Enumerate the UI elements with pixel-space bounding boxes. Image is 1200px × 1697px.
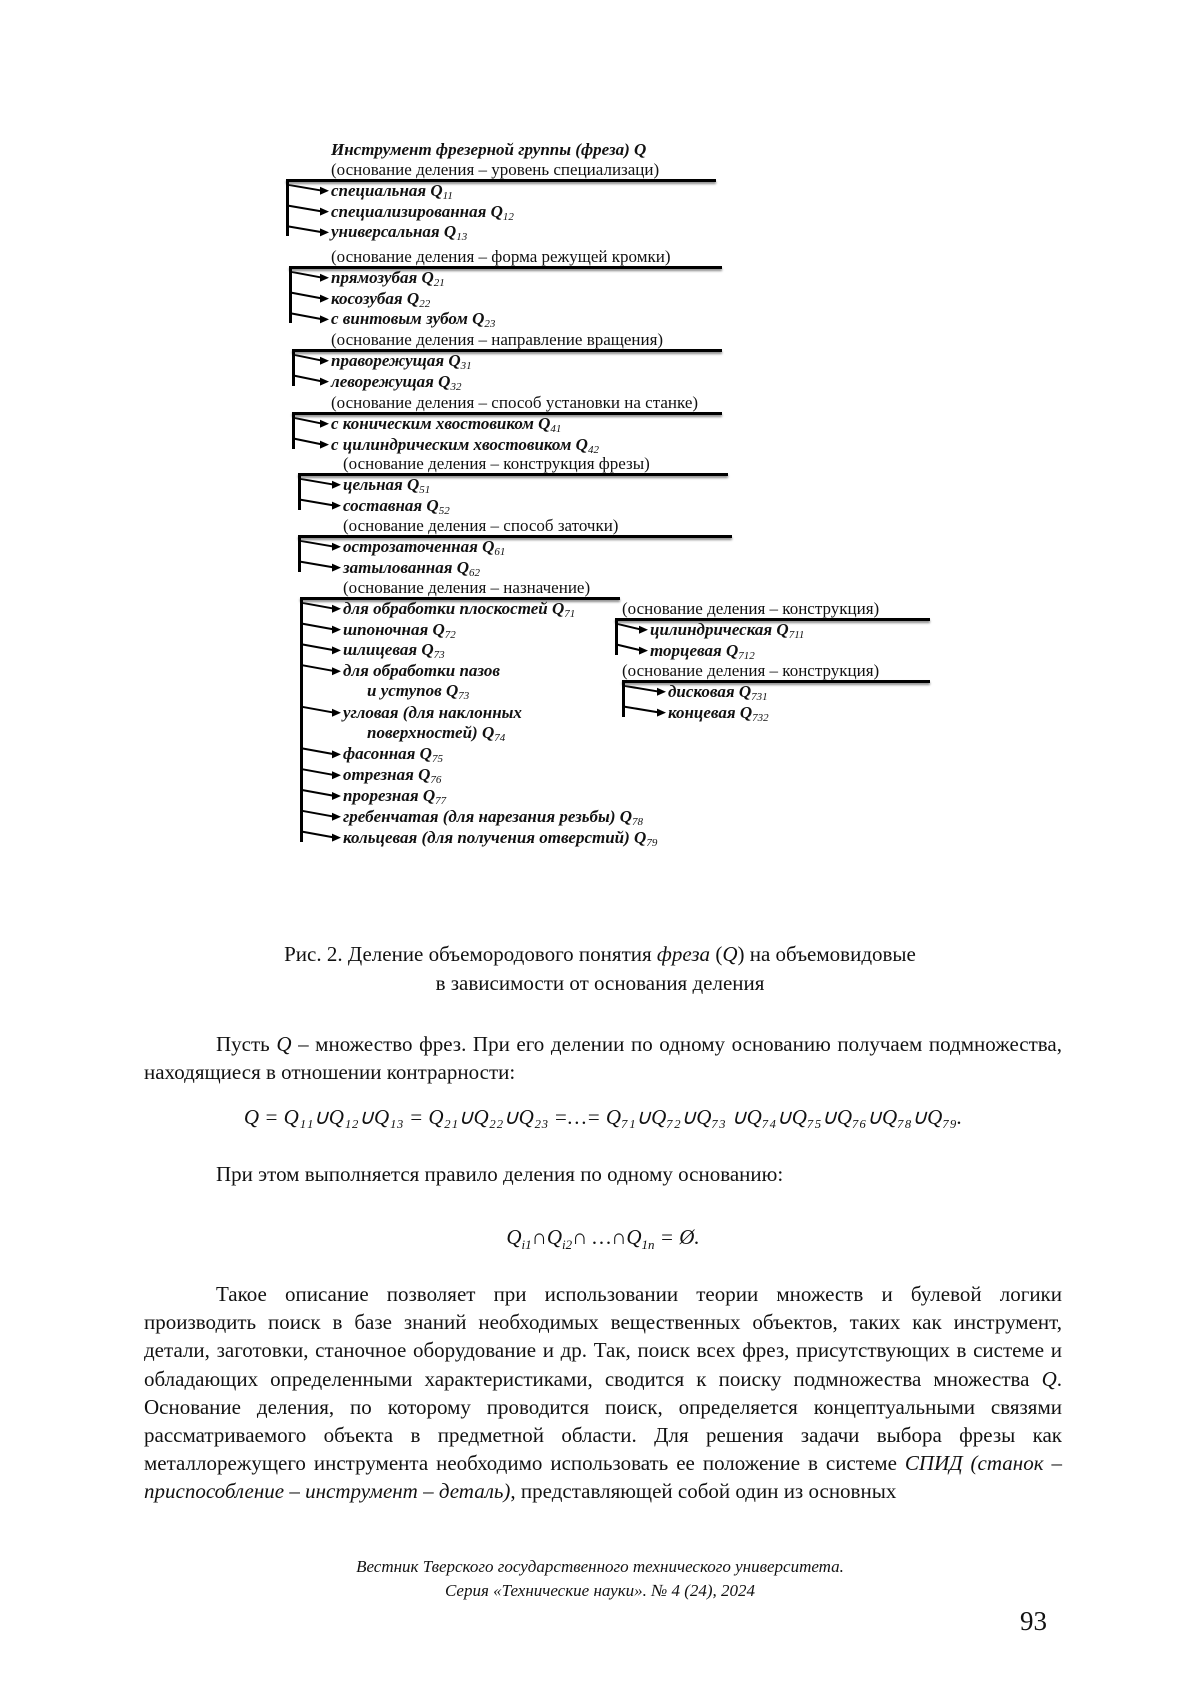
subgroup-basis-0: (основание деления – конструкция) (622, 599, 879, 619)
group-item-6-9: кольцевая (для получения отверстий) Q79 (343, 828, 657, 853)
group-bracket-2 (292, 349, 295, 386)
subgroup-bracket-0 (615, 618, 618, 655)
group-bracket-1 (289, 266, 292, 323)
formula-union: Q = Q₁₁∪Q₁₂∪Q₁₃ = Q₂₁∪Q₂₂∪Q₂₃ =…= Q₇₁∪Q₇… (144, 1105, 1062, 1130)
group-basis-4: (основание деления – конструкция фрезы) (343, 454, 650, 474)
subgroup-item-1-1: концевая Q732 (668, 703, 769, 728)
journal-footer: Вестник Тверского государственного техни… (150, 1555, 1050, 1603)
group-basis-1: (основание деления – форма режущей кромк… (331, 247, 671, 267)
group-bracket-5 (298, 535, 301, 572)
group-bracket-0 (286, 179, 289, 236)
subgroup-bracket-1 (622, 680, 625, 717)
formula-union-text: Q = Q₁₁∪Q₁₂∪Q₁₃ = Q₂₁∪Q₂₂∪Q₂₃ =…= Q₇₁∪Q₇… (244, 1105, 962, 1129)
diagram-title: Инструмент фрезерной группы (фреза) Q (331, 140, 646, 160)
paragraph-3: Такое описание позволяет при использован… (144, 1280, 1062, 1506)
group-item-6-4: угловая (для наклонныхповерхностей) Q74 (343, 703, 522, 748)
group-item-0-2: универсальная Q13 (331, 222, 467, 247)
page-number: 93 (1020, 1606, 1047, 1637)
paragraph-1: Пусть Q – множество фрез. При его делени… (144, 1030, 1062, 1086)
group-basis-3: (основание деления – способ установки на… (331, 393, 698, 413)
group-bracket-3 (292, 412, 295, 449)
paragraph-2: При этом выполняется правило деления по … (144, 1160, 1062, 1188)
formula-intersection: Qi1∩Qi2∩ …∩Q1n = Ø. (144, 1225, 1062, 1253)
group-basis-0: (основание деления – уровень специализац… (331, 160, 659, 180)
group-basis-2: (основание деления – направление вращени… (331, 330, 663, 350)
group-bracket-6 (300, 597, 303, 842)
classification-diagram: Инструмент фрезерной группы (фреза) Q (о… (0, 0, 1200, 930)
group-basis-6: (основание деления – назначение) (343, 578, 590, 598)
group-bracket-4 (298, 473, 301, 510)
document-page: Инструмент фрезерной группы (фреза) Q (о… (0, 0, 1200, 1697)
group-basis-5: (основание деления – способ заточки) (343, 516, 618, 536)
group-item-6-3: для обработки пазови уступов Q73 (343, 661, 500, 706)
figure-caption: Рис. 2. Деление объемородового понятия ф… (150, 940, 1050, 998)
subgroup-basis-1: (основание деления – конструкция) (622, 661, 879, 681)
